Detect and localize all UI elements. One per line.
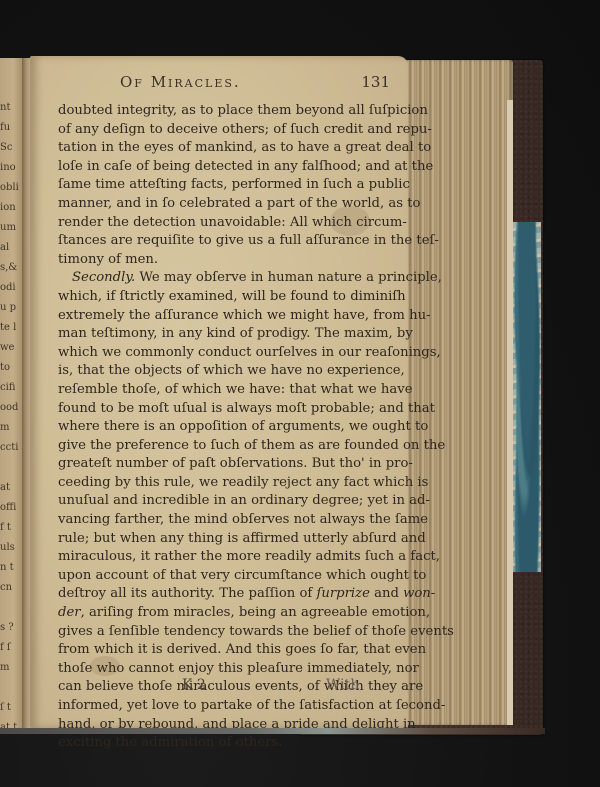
previous-page-fragment: ood bbox=[0, 398, 22, 418]
running-head: Of Miracles. 131 bbox=[120, 73, 390, 93]
text-line: exciting the admiration of others. bbox=[58, 734, 382, 753]
text-line: ceeding by this rule, we readily reject … bbox=[58, 474, 382, 493]
text-line: timony of men. bbox=[58, 251, 382, 270]
paragraph-first-line: Secondly. We may obſerve in human nature… bbox=[58, 269, 382, 288]
text-line: miraculous, it rather the more readily a… bbox=[58, 548, 382, 567]
text-line: extremely the aſſurance which we might h… bbox=[58, 307, 382, 326]
page-number: 131 bbox=[361, 73, 390, 91]
previous-page-fragment: n t bbox=[0, 558, 22, 578]
book-page: Of Miracles. 131 doubted integrity, as t… bbox=[30, 56, 408, 728]
previous-page-fragment: at bbox=[0, 478, 22, 498]
text-fragment: We may obſerve in human nature a princip… bbox=[135, 270, 442, 285]
previous-page-text-fragments: ntfuScinoobliionumals,&odiu pte lwetocif… bbox=[0, 58, 22, 730]
italic-word: der bbox=[58, 605, 81, 620]
text-fragment: , ariſing from miracles, being an agreea… bbox=[81, 605, 431, 620]
previous-page-edge: ntfuScinoobliionumals,&odiu pte lwetocif… bbox=[0, 58, 22, 730]
text-line: man teſtimony, in any kind of prodigy. T… bbox=[58, 325, 382, 344]
text-line-with-italics: deſtroy all its authority. The paſſion o… bbox=[58, 585, 382, 604]
text-line: from which it is derived. And this goes … bbox=[58, 641, 382, 660]
italic-lead-word: Secondly. bbox=[72, 270, 135, 285]
previous-page-fragment: s,& bbox=[0, 258, 22, 278]
text-line-with-italics: der, ariſing from miracles, being an agr… bbox=[58, 604, 382, 623]
text-line: where there is an oppoſition of argument… bbox=[58, 418, 382, 437]
previous-page-fragment: Sc bbox=[0, 138, 22, 158]
text-line: greateſt number of paſt obſervations. Bu… bbox=[58, 455, 382, 474]
italic-word: ſurprize bbox=[316, 586, 369, 601]
text-line: manner, and in ſo celebrated a part of t… bbox=[58, 195, 382, 214]
text-line: doubted integrity, as to place them beyo… bbox=[58, 102, 382, 121]
previous-page-fragment: m bbox=[0, 418, 22, 438]
previous-page-fragment bbox=[0, 678, 22, 698]
previous-page-fragment: cifi bbox=[0, 378, 22, 398]
previous-page-fragment: uls bbox=[0, 538, 22, 558]
text-line: reſemble thoſe, of which we have: that w… bbox=[58, 381, 382, 400]
previous-page-fragment: cn bbox=[0, 578, 22, 598]
previous-page-fragment: fu bbox=[0, 118, 22, 138]
catchword: With bbox=[326, 677, 359, 693]
text-line: which we commonly conduct ourſelves in o… bbox=[58, 344, 382, 363]
text-line: render the detection unavoidable: All wh… bbox=[58, 214, 382, 233]
text-line: upon account of that very circumſtance w… bbox=[58, 567, 382, 586]
previous-page-fragment: u p bbox=[0, 298, 22, 318]
previous-page-fragment: f t bbox=[0, 518, 22, 538]
previous-page-fragment: we bbox=[0, 338, 22, 358]
signature-mark: K 2 bbox=[182, 677, 206, 693]
text-line: give the preference to ſuch of them as a… bbox=[58, 437, 382, 456]
previous-page-fragment: f ſ bbox=[0, 638, 22, 658]
text-line: vancing farther, the mind obſerves not a… bbox=[58, 511, 382, 530]
text-line: of any deſign to deceive others; of ſuch… bbox=[58, 121, 382, 140]
previous-page-fragment: ion bbox=[0, 198, 22, 218]
text-line: rule; but when any thing is affirmed utt… bbox=[58, 530, 382, 549]
previous-page-fragment: al bbox=[0, 238, 22, 258]
book-photo-scene: ntfuScinoobliionumals,&odiu pte lwetocif… bbox=[0, 0, 600, 787]
previous-page-fragment: to bbox=[0, 358, 22, 378]
text-line: is, that the objects of which we have no… bbox=[58, 362, 382, 381]
text-line: found to be moſt uſual is always moſt pr… bbox=[58, 400, 382, 419]
previous-page-fragment: ino bbox=[0, 158, 22, 178]
previous-page-fragment: nt bbox=[0, 98, 22, 118]
previous-page-fragment bbox=[0, 458, 22, 478]
text-line: loſe in caſe of being detected in any fa… bbox=[58, 158, 382, 177]
previous-page-fragment: m bbox=[0, 658, 22, 678]
previous-page-fragment bbox=[0, 598, 22, 618]
text-line: ſtances are requiſite to give us a full … bbox=[58, 232, 382, 251]
text-fragment: and bbox=[370, 586, 403, 601]
text-line: thoſe who cannot enjoy this pleaſure imm… bbox=[58, 660, 382, 679]
text-line: which, if ſtrictly examined, will be fou… bbox=[58, 288, 382, 307]
marbled-endpaper bbox=[513, 222, 541, 572]
italic-word: won- bbox=[403, 586, 435, 601]
previous-page-fragment: s ? bbox=[0, 618, 22, 638]
previous-page-fragment: um bbox=[0, 218, 22, 238]
text-line: informed, yet love to partake of the ſat… bbox=[58, 697, 382, 716]
previous-page-fragment: obli bbox=[0, 178, 22, 198]
running-title: Of Miracles. bbox=[120, 73, 241, 91]
previous-page-fragment: ccti bbox=[0, 438, 22, 458]
text-line: ſame time atteſting facts, performed in … bbox=[58, 176, 382, 195]
text-line: gives a ſenſible tendency towards the be… bbox=[58, 623, 382, 642]
previous-page-fragment: offi bbox=[0, 498, 22, 518]
previous-page-fragment: odi bbox=[0, 278, 22, 298]
bottom-page-edge bbox=[0, 728, 545, 734]
page-body-text: doubted integrity, as to place them beyo… bbox=[58, 102, 382, 753]
text-fragment: deſtroy all its authority. The paſſion o… bbox=[58, 586, 316, 601]
text-line: tation in the eyes of mankind, as to hav… bbox=[58, 139, 382, 158]
text-line: unuſual and incredible in an ordinary de… bbox=[58, 492, 382, 511]
previous-page-fragment: ſ t bbox=[0, 698, 22, 718]
page-footer: K 2 With bbox=[30, 677, 408, 697]
previous-page-fragment: te l bbox=[0, 318, 22, 338]
